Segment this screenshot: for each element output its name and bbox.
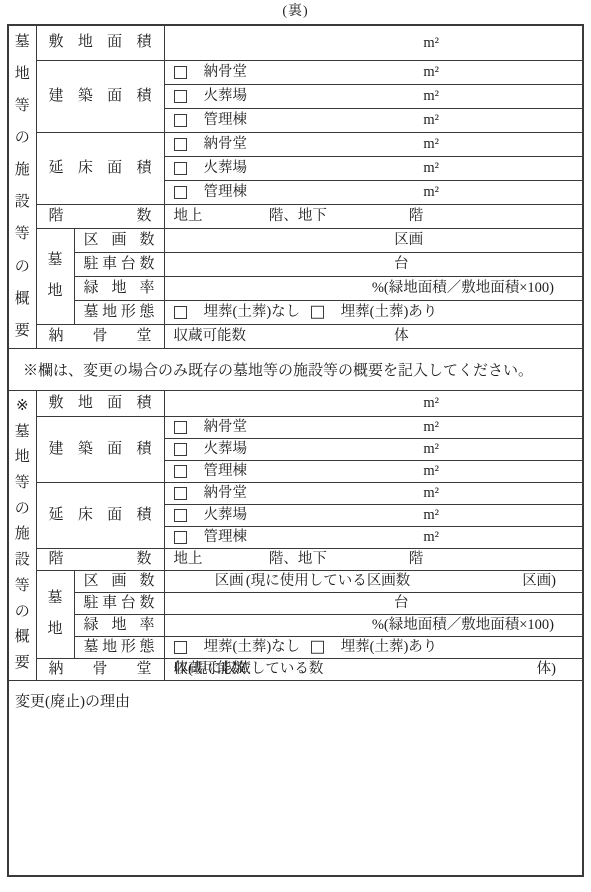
field-floor-area-charnel-existing: 納骨堂 m² <box>164 482 583 504</box>
table-row: 階数 地上 階、地下 階 <box>8 204 583 228</box>
field-floors: 地上 階、地下 階 <box>164 204 583 228</box>
field-parking-count: 台 <box>164 252 583 276</box>
burial-yes-label: 埋葬(土葬)あり <box>341 305 438 320</box>
field-green-ratio-existing: %(緑地面積／敷地面積×100) <box>164 614 583 636</box>
field-green-ratio: %(緑地面積／敷地面積×100) <box>164 276 583 300</box>
unit-sqm: m² <box>423 508 439 523</box>
row-label-parking-count: 駐車台数 <box>74 252 164 276</box>
facility-label: 火葬場 <box>204 89 248 104</box>
table-row: 建築面積 納骨堂 m² <box>8 60 583 84</box>
page-side-label: (裏) <box>0 4 591 20</box>
checkbox-building-charnel[interactable] <box>174 66 187 79</box>
floors-tail-label: 階 <box>409 209 424 224</box>
unit-sqm: m² <box>423 185 439 200</box>
unit-plots: 区画 <box>394 233 423 248</box>
row-label-cemetery-form: 墓地形態 <box>74 300 164 324</box>
row-label-green-ratio: 緑地率 <box>74 614 164 636</box>
floors-mid-label: 階、地下 <box>269 552 327 567</box>
section2-vertical-title-cell: ※墓地等の施設等の概要 <box>8 390 36 680</box>
checkbox-floor-admin-existing[interactable] <box>174 531 187 544</box>
table-row: ※墓地等の施設等の概要 敷地面積 m² <box>8 390 583 416</box>
table-row: 階数 地上 階、地下 階 <box>8 548 583 570</box>
charnel-current-open: 体(現に収蔵している数 <box>174 662 324 677</box>
checkbox-building-charnel-existing[interactable] <box>174 421 187 434</box>
field-building-area-charnel-existing: 納骨堂 m² <box>164 416 583 438</box>
checkbox-burial-yes-existing[interactable] <box>311 641 324 654</box>
row-label-site-area: 敷地面積 <box>36 390 164 416</box>
row-label-floors: 階数 <box>36 204 164 228</box>
table-row: 墓地形態 埋葬(土葬)なし 埋葬(土葬)あり <box>8 636 583 658</box>
unit-bodies: 体 <box>394 329 409 344</box>
table-row: 延床面積 納骨堂 m² <box>8 482 583 504</box>
row-label-charnel-house: 納骨堂 <box>36 658 164 680</box>
note-row: ※欄は、変更の場合のみ既存の墓地等の施設等の概要を記入してください。 <box>8 348 583 390</box>
unit-sqm: m² <box>423 137 439 152</box>
facility-label: 納骨堂 <box>204 137 248 152</box>
burial-no-label: 埋葬(土葬)なし <box>204 640 301 655</box>
checkbox-building-admin[interactable] <box>174 114 187 127</box>
checkbox-building-crematorium-existing[interactable] <box>174 443 187 456</box>
row-label-green-ratio: 緑地率 <box>74 276 164 300</box>
reason-for-change-label: 変更(廃止)の理由 <box>15 694 130 710</box>
unit-sqm: m² <box>423 161 439 176</box>
table-row: 墓地 区画数 区画 (現に使用している区画数 区画) <box>8 570 583 592</box>
row-label-building-area: 建築面積 <box>36 60 164 132</box>
floors-ground-label: 地上 <box>174 552 203 567</box>
overview-form-table: 墓地等の施設等の概要 敷地面積 m² 建築面積 納骨堂 m² 火葬場 m² <box>7 24 584 877</box>
facility-label: 納骨堂 <box>204 420 248 435</box>
unit-sqm: m² <box>423 530 439 545</box>
row-label-parking-count: 駐車台数 <box>74 592 164 614</box>
checkbox-floor-charnel[interactable] <box>174 138 187 151</box>
plots-current-unit: 区画) <box>522 574 556 589</box>
unit-vehicles: 台 <box>394 596 409 611</box>
field-cemetery-form-existing: 埋葬(土葬)なし 埋葬(土葬)あり <box>164 636 583 658</box>
row-label-charnel-house: 納骨堂 <box>36 324 164 348</box>
unit-sqm: m² <box>423 420 439 435</box>
field-floor-area-crematorium-existing: 火葬場 m² <box>164 504 583 526</box>
field-site-area-existing: m² <box>164 390 583 416</box>
table-row: 墓地 区画数 区画 <box>8 228 583 252</box>
table-row: 駐車台数 台 <box>8 252 583 276</box>
table-row: 駐車台数 台 <box>8 592 583 614</box>
facility-label: 火葬場 <box>204 161 248 176</box>
unit-sqm: m² <box>423 396 439 411</box>
field-floor-area-charnel: 納骨堂 m² <box>164 132 583 156</box>
facility-label: 火葬場 <box>204 508 248 523</box>
unit-vehicles: 台 <box>394 257 409 272</box>
plots-current-label: (現に使用している区画数 <box>246 574 410 589</box>
table-row: 緑地率 %(緑地面積／敷地面積×100) <box>8 614 583 636</box>
row-label-floors: 階数 <box>36 548 164 570</box>
note-text: ※欄は、変更の場合のみ既存の墓地等の施設等の概要を記入してください。 <box>23 363 533 379</box>
unit-sqm: m² <box>423 36 439 51</box>
unit-sqm: m² <box>423 442 439 457</box>
floors-ground-label: 地上 <box>174 209 203 224</box>
field-floors-existing: 地上 階、地下 階 <box>164 548 583 570</box>
checkbox-building-crematorium[interactable] <box>174 90 187 103</box>
row-label-building-area: 建築面積 <box>36 416 164 482</box>
row-label-cemetery: 墓地 <box>36 228 74 324</box>
checkbox-burial-no-existing[interactable] <box>174 641 187 654</box>
row-label-plot-count: 区画数 <box>74 570 164 592</box>
field-building-area-crematorium-existing: 火葬場 m² <box>164 438 583 460</box>
field-floor-area-crematorium: 火葬場 m² <box>164 156 583 180</box>
field-plot-count: 区画 <box>164 228 583 252</box>
burial-yes-label: 埋葬(土葬)あり <box>341 640 438 655</box>
floors-mid-label: 階、地下 <box>269 209 327 224</box>
table-row: 墓地等の施設等の概要 敷地面積 m² <box>8 25 583 60</box>
field-building-area-charnel: 納骨堂 m² <box>164 60 583 84</box>
field-building-area-admin: 管理棟 m² <box>164 108 583 132</box>
row-label-cemetery-form: 墓地形態 <box>74 636 164 658</box>
row-label-total-floor-area: 延床面積 <box>36 482 164 548</box>
facility-label: 管理棟 <box>204 113 248 128</box>
table-row: 墓地形態 埋葬(土葬)なし 埋葬(土葬)あり <box>8 300 583 324</box>
field-building-area-admin-existing: 管理棟 m² <box>164 460 583 482</box>
checkbox-burial-yes[interactable] <box>311 306 324 319</box>
row-label-cemetery: 墓地 <box>36 570 74 658</box>
field-building-area-crematorium: 火葬場 m² <box>164 84 583 108</box>
checkbox-building-admin-existing[interactable] <box>174 465 187 478</box>
table-row: 変更(廃止)の理由 <box>8 680 583 876</box>
section2-vertical-title: ※墓地等の施設等の概要 <box>9 396 36 674</box>
section1-vertical-title: 墓地等の施設等の概要 <box>9 31 36 343</box>
field-floor-area-admin-existing: 管理棟 m² <box>164 526 583 548</box>
field-plot-count-existing: 区画 (現に使用している区画数 区画) <box>164 570 583 592</box>
facility-label: 納骨堂 <box>204 486 248 501</box>
table-row: 緑地率 %(緑地面積／敷地面積×100) <box>8 276 583 300</box>
unit-plots: 区画 <box>215 574 244 589</box>
unit-sqm: m² <box>423 464 439 479</box>
table-row: 納骨堂 収蔵可能数 体(現に収蔵している数 体) <box>8 658 583 680</box>
checkbox-burial-no[interactable] <box>174 306 187 319</box>
unit-sqm: m² <box>423 486 439 501</box>
unit-sqm: m² <box>423 89 439 104</box>
facility-label: 管理棟 <box>204 185 248 200</box>
unit-sqm: m² <box>423 113 439 128</box>
facility-label: 管理棟 <box>204 530 248 545</box>
unit-green-formula: %(緑地面積／敷地面積×100) <box>372 281 554 296</box>
checkbox-floor-crematorium[interactable] <box>174 162 187 175</box>
facility-label: 納骨堂 <box>204 65 248 80</box>
row-label-total-floor-area: 延床面積 <box>36 132 164 204</box>
checkbox-floor-charnel-existing[interactable] <box>174 487 187 500</box>
field-charnel-capacity-existing: 収蔵可能数 体(現に収蔵している数 体) <box>164 658 583 680</box>
table-row: 延床面積 納骨堂 m² <box>8 132 583 156</box>
unit-sqm: m² <box>423 65 439 80</box>
unit-green-formula: %(緑地面積／敷地面積×100) <box>372 618 554 633</box>
field-floor-area-admin: 管理棟 m² <box>164 180 583 204</box>
table-row: 建築面積 納骨堂 m² <box>8 416 583 438</box>
floors-tail-label: 階 <box>409 552 424 567</box>
charnel-current-close: 体) <box>537 662 556 677</box>
reason-for-change-cell: 変更(廃止)の理由 <box>8 680 583 876</box>
burial-no-label: 埋葬(土葬)なし <box>204 305 301 320</box>
row-label-site-area: 敷地面積 <box>36 25 164 60</box>
facility-label: 火葬場 <box>204 442 248 457</box>
field-parking-count-existing: 台 <box>164 592 583 614</box>
checkbox-floor-crematorium-existing[interactable] <box>174 509 187 522</box>
table-row: ※欄は、変更の場合のみ既存の墓地等の施設等の概要を記入してください。 <box>8 348 583 390</box>
table-row: 納骨堂 収蔵可能数 体 <box>8 324 583 348</box>
field-charnel-capacity: 収蔵可能数 体 <box>164 324 583 348</box>
facility-label: 管理棟 <box>204 464 248 479</box>
capacity-label: 収蔵可能数 <box>174 329 247 344</box>
row-label-plot-count: 区画数 <box>74 228 164 252</box>
field-site-area: m² <box>164 25 583 60</box>
section1-vertical-title-cell: 墓地等の施設等の概要 <box>8 25 36 348</box>
field-cemetery-form: 埋葬(土葬)なし 埋葬(土葬)あり <box>164 300 583 324</box>
checkbox-floor-admin[interactable] <box>174 186 187 199</box>
